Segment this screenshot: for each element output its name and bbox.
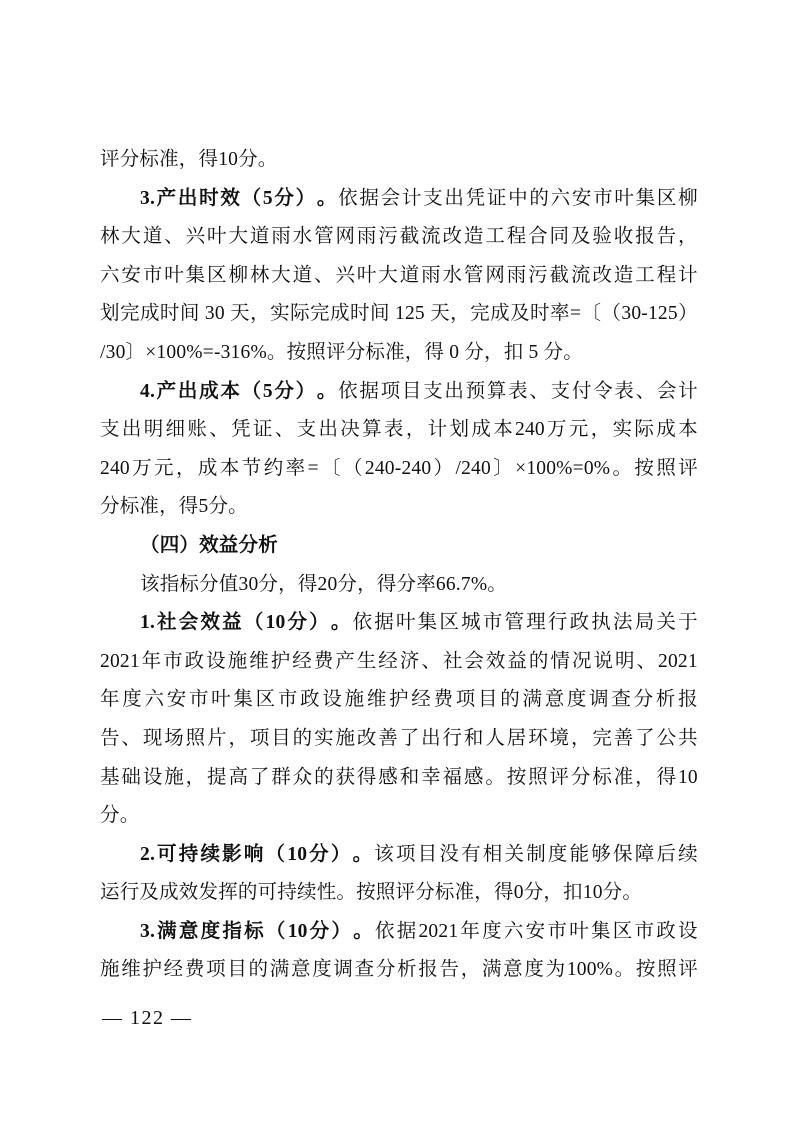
- text-run: 叶: [614, 180, 634, 219]
- text-run: 凭: [231, 411, 251, 450]
- text-run: 会: [464, 643, 484, 682]
- bold-lead-run: 度: [201, 913, 221, 952]
- text-run: 成: [198, 450, 218, 489]
- text-run: 共: [678, 720, 698, 759]
- text-run: 流: [421, 218, 441, 257]
- text-run: 善: [378, 720, 398, 759]
- document-body: 评分标准，得10分。3.产出时效（5分）。依据会计支出凭证中的六安市叶集区柳林大…: [100, 141, 698, 990]
- bold-lead-run: （四）效益分析: [140, 535, 278, 556]
- text-run: 于: [678, 604, 698, 643]
- text-run: 项: [456, 681, 476, 720]
- text-run: 流: [571, 257, 591, 296]
- bold-lead-run: 2.: [140, 836, 155, 875]
- text-run: 众: [293, 759, 313, 798]
- text-run: 市: [189, 681, 209, 720]
- text-run: 安: [526, 913, 546, 952]
- text-run: 社: [443, 643, 463, 682]
- text-run: 集: [233, 681, 253, 720]
- text-run: 项: [206, 951, 226, 990]
- text-run: 算: [487, 373, 507, 412]
- text-run: 按: [507, 759, 527, 798]
- text-run: 。: [485, 759, 505, 798]
- bold-lead-run: 产: [157, 180, 177, 219]
- text-run: 会: [381, 180, 401, 219]
- text-run: 行: [443, 720, 463, 759]
- text-run: 集: [591, 913, 611, 952]
- text-run: 支: [297, 411, 317, 450]
- bold-lead-run: 产: [157, 373, 177, 412]
- text-run: 时: [350, 295, 370, 334]
- text-run: 算: [362, 411, 382, 450]
- text-run: 支: [423, 373, 443, 412]
- text-run: 证: [253, 411, 273, 450]
- text-run: ×100%=0%: [515, 450, 610, 489]
- text-run: 会: [657, 373, 677, 412]
- bold-lead-run: ）: [331, 836, 351, 875]
- text-run: 柳: [228, 257, 248, 296]
- text-run: 保: [613, 836, 633, 875]
- text-run: 区: [439, 604, 459, 643]
- text-run: 目: [418, 836, 438, 875]
- text-run: 表: [508, 373, 528, 412]
- text-run: 2021: [418, 913, 458, 952]
- text-run: 时: [160, 295, 180, 334]
- text-run: 同: [550, 218, 570, 257]
- text-run: /240: [455, 450, 490, 489]
- text-run: 维: [121, 951, 141, 990]
- bold-lead-run: ）: [331, 913, 351, 952]
- text-run: 叶: [396, 604, 416, 643]
- text-run: 分: [376, 951, 396, 990]
- text-run: 凭: [466, 180, 486, 219]
- text-run: 善: [614, 720, 634, 759]
- text-run: 运行及成效发挥的可持续性。按照评分标准，得0分，扣10分。: [100, 882, 642, 903]
- text-run: 、: [164, 218, 184, 257]
- text-run: 本: [220, 450, 240, 489]
- bold-lead-run: （: [244, 604, 264, 643]
- text-run: 高: [228, 759, 248, 798]
- bold-lead-run: 。: [331, 604, 351, 643]
- text-line: /30〕×100%=-316%。按照评分标准，得 0 分，扣 5 分。: [100, 334, 698, 373]
- text-run: 够: [591, 836, 611, 875]
- text-run: 安: [572, 180, 592, 219]
- text-run: 合: [528, 218, 548, 257]
- text-run: 水: [293, 218, 313, 257]
- text-line: 六安市叶集区柳林大道、兴叶大道雨水管网雨污截流改造工程计: [100, 257, 698, 296]
- text-run: 报: [635, 218, 655, 257]
- text-run: 、: [421, 643, 441, 682]
- text-run: 叶: [207, 218, 227, 257]
- text-run: 项: [250, 720, 270, 759]
- bold-lead-run: 分: [287, 604, 307, 643]
- text-run: 出: [122, 411, 142, 450]
- text-run: 区: [613, 913, 633, 952]
- text-run: 城: [461, 604, 481, 643]
- text-run: 行: [548, 604, 568, 643]
- text-run: 的: [293, 720, 313, 759]
- bold-lead-run: （: [266, 836, 286, 875]
- text-run: 出: [318, 411, 338, 450]
- bold-lead-run: 会: [179, 604, 199, 643]
- bold-lead-run: 效: [220, 180, 240, 219]
- text-run: 了: [635, 720, 655, 759]
- text-run: 感: [464, 759, 484, 798]
- text-run: 、: [209, 411, 229, 450]
- bold-lead-run: 分: [274, 180, 294, 219]
- text-run: 设: [322, 681, 342, 720]
- text-run: 查: [355, 951, 375, 990]
- text-run: 障: [635, 836, 655, 875]
- bold-lead-run: 3.: [140, 180, 155, 219]
- text-run: 政: [656, 913, 676, 952]
- bold-lead-run: ）: [296, 373, 316, 412]
- text-run: 证: [487, 180, 507, 219]
- text-run: 市: [163, 643, 183, 682]
- text-run: 得: [657, 759, 677, 798]
- bold-lead-run: 满: [157, 913, 177, 952]
- text-run: 、: [636, 373, 656, 412]
- bold-lead-run: 1.: [140, 604, 155, 643]
- text-run: 网: [335, 218, 355, 257]
- text-line: 该指标分值30分，得20分，得分率66.7%。: [100, 566, 698, 605]
- text-run: 计: [428, 411, 448, 450]
- text-run: 满: [482, 951, 502, 990]
- text-run: 标: [592, 759, 612, 798]
- text-run: 设: [143, 759, 163, 798]
- bold-lead-run: 本: [220, 373, 240, 412]
- text-run: 幸: [421, 759, 441, 798]
- bold-lead-run: 续: [200, 836, 220, 875]
- text-run: 意: [545, 681, 565, 720]
- text-run: 出: [421, 720, 441, 759]
- text-run: 分标准，得5分。: [100, 496, 248, 517]
- bold-lead-run: 持: [179, 836, 199, 875]
- bold-lead-run: 。: [317, 373, 337, 412]
- text-run: ，: [461, 951, 481, 990]
- text-run: 据: [359, 373, 379, 412]
- text-run: 间: [180, 295, 200, 334]
- text-run: 告: [440, 951, 460, 990]
- text-run: 安: [121, 257, 141, 296]
- text-run: ，: [678, 218, 698, 257]
- bold-lead-run: （: [242, 373, 262, 412]
- text-run: ，: [635, 759, 655, 798]
- text-run: =: [308, 450, 319, 489]
- text-run: 管: [314, 218, 334, 257]
- text-run: 实: [270, 295, 290, 334]
- text-run: 划: [450, 411, 470, 450]
- text-run: 能: [570, 836, 590, 875]
- text-run: 费: [434, 681, 454, 720]
- text-run: 费: [185, 951, 205, 990]
- text-run: 表: [614, 373, 634, 412]
- text-run: 护: [142, 951, 162, 990]
- text-run: 叶: [569, 913, 589, 952]
- text-run: 截: [400, 218, 420, 257]
- text-run: 兴: [186, 218, 206, 257]
- text-run: 依: [338, 180, 358, 219]
- text-run: 告: [657, 218, 677, 257]
- text-run: 经: [411, 681, 431, 720]
- text-run: 240-240: [365, 450, 431, 489]
- text-line: 年度六安市叶集区市政设施维护经费项目的满意度调查分析报: [100, 681, 698, 720]
- text-run: 大: [271, 257, 291, 296]
- text-run: 完: [470, 295, 490, 334]
- bold-lead-run: 益: [222, 604, 242, 643]
- text-run: 群: [271, 759, 291, 798]
- text-run: 维: [367, 681, 387, 720]
- text-run: =: [570, 295, 581, 334]
- text-run: 依: [353, 604, 373, 643]
- text-run: 〔: [581, 295, 601, 334]
- text-run: 程: [657, 257, 677, 296]
- text-run: 完: [310, 295, 330, 334]
- text-run: 市: [634, 913, 654, 952]
- text-run: 据: [359, 180, 379, 219]
- bold-lead-run: 。: [317, 180, 337, 219]
- text-run: 分。: [100, 805, 139, 826]
- text-run: 水: [443, 257, 463, 296]
- bold-lead-run: ）: [309, 604, 329, 643]
- text-run: 100%: [567, 951, 613, 990]
- text-run: 费: [314, 643, 334, 682]
- text-run: 照: [656, 450, 676, 489]
- text-run: 度: [524, 951, 544, 990]
- bold-lead-run: ）: [296, 180, 316, 219]
- text-run: 评: [678, 450, 698, 489]
- text-run: 人: [485, 720, 505, 759]
- bold-lead-run: 社: [157, 604, 177, 643]
- bold-lead-run: 分: [309, 836, 329, 875]
- text-run: 网: [485, 257, 505, 296]
- text-run: 场: [164, 720, 184, 759]
- text-run: 、: [121, 720, 141, 759]
- text-run: 、: [529, 373, 549, 412]
- text-run: 30-125: [621, 295, 677, 334]
- text-run: 六: [551, 180, 571, 219]
- text-run: 的: [529, 643, 549, 682]
- text-line: 划完成时间 30 天，实际完成时间 125 天，完成及时率=〔（30-125）: [100, 295, 698, 334]
- text-run: 了: [250, 759, 270, 798]
- bold-lead-run: 指: [222, 913, 242, 952]
- text-run: 依: [338, 373, 358, 412]
- text-line: 评分标准，得10分。: [100, 141, 698, 180]
- section-heading: （四）效益分析: [100, 527, 698, 566]
- text-run: 效: [486, 643, 506, 682]
- text-run: 出: [444, 180, 464, 219]
- text-run: 集: [418, 604, 438, 643]
- text-run: 度: [312, 951, 332, 990]
- text-run: 大: [378, 257, 398, 296]
- text-run: 得: [357, 759, 377, 798]
- text-run: 续: [678, 836, 698, 875]
- text-run: 兴: [335, 257, 355, 296]
- text-run: 支: [551, 373, 571, 412]
- text-run: 法: [613, 604, 633, 643]
- text-run: 市: [547, 913, 567, 952]
- text-run: 目: [402, 373, 422, 412]
- text-run: 提: [207, 759, 227, 798]
- text-line: 1.社会效益（10分）。依据叶集区城市管理行政执法局关于: [100, 604, 698, 643]
- text-run: 感: [378, 759, 398, 798]
- text-run: 没: [439, 836, 459, 875]
- text-run: 市: [483, 604, 503, 643]
- bold-lead-run: 10: [288, 913, 308, 952]
- bold-lead-run: 10: [266, 604, 286, 643]
- text-run: 经: [164, 951, 184, 990]
- text-run: 和: [464, 720, 484, 759]
- text-line: 支出明细账、凭证、支出决算表，计划成本240万元，实际成本: [100, 411, 698, 450]
- text-run: 益: [507, 643, 527, 682]
- text-run: 按: [634, 450, 654, 489]
- text-run: 说: [593, 643, 613, 682]
- text-run: 政: [570, 604, 590, 643]
- text-run: 率: [286, 450, 306, 489]
- text-run: 境: [550, 720, 570, 759]
- text-line: 运行及成效发挥的可持续性。按照评分标准，得0分，扣10分。: [100, 874, 698, 913]
- text-run: 天: [430, 295, 450, 334]
- text-run: 分: [634, 681, 654, 720]
- text-run: 30: [200, 295, 230, 334]
- bold-lead-run: 出: [178, 373, 198, 412]
- text-run: 元: [569, 411, 589, 450]
- text-run: ）: [678, 295, 698, 334]
- text-run: 相: [483, 836, 503, 875]
- text-run: 局: [635, 604, 655, 643]
- text-run: 大: [228, 218, 248, 257]
- text-run: 实: [613, 411, 633, 450]
- text-run: （: [601, 295, 621, 334]
- text-run: 政: [300, 681, 320, 720]
- text-run: 维: [249, 643, 269, 682]
- text-run: 评: [678, 951, 698, 990]
- text-run: 造: [464, 218, 484, 257]
- text-run: 查: [611, 681, 631, 720]
- text-run: 该: [374, 836, 394, 875]
- text-line: 4.产出成本（5分）。依据项目支出预算表、支付令表、会计: [100, 373, 698, 412]
- text-run: 及: [571, 218, 591, 257]
- text-run: 施: [100, 951, 120, 990]
- bold-lead-run: 响: [244, 836, 264, 875]
- text-run: 情: [550, 643, 570, 682]
- text-run: 预: [466, 373, 486, 412]
- text-run: 工: [635, 257, 655, 296]
- text-run: 市: [593, 180, 613, 219]
- text-run: 林: [250, 257, 270, 296]
- bold-lead-run: 可: [157, 836, 177, 875]
- text-run: 关: [504, 836, 524, 875]
- text-run: 成: [471, 411, 491, 450]
- text-run: 关: [656, 604, 676, 643]
- text-run: 成: [490, 295, 510, 334]
- text-run: 照: [657, 951, 677, 990]
- text-run: 按: [636, 951, 656, 990]
- text-run: 。: [612, 450, 632, 489]
- text-run: 支: [423, 180, 443, 219]
- text-run: 区: [207, 257, 227, 296]
- text-line: 分标准，得5分。: [100, 488, 698, 527]
- text-run: 政: [185, 643, 205, 682]
- text-line: 施维护经费项目的满意度调查分析报告，满意度为100%。按照评: [100, 951, 698, 990]
- text-run: 中: [508, 180, 528, 219]
- text-run: 目: [478, 681, 498, 720]
- text-run: 污: [528, 257, 548, 296]
- text-run: 后: [656, 836, 676, 875]
- text-line: 林大道、兴叶大道雨水管网雨污截流改造工程合同及验收报告，: [100, 218, 698, 257]
- text-run: 、: [314, 257, 334, 296]
- text-run: 目: [271, 720, 291, 759]
- text-run: 道: [400, 257, 420, 296]
- text-run: ，: [250, 295, 270, 334]
- text-run: 际: [634, 411, 654, 450]
- bold-lead-run: 5: [263, 373, 273, 412]
- bold-lead-run: 分: [274, 373, 294, 412]
- text-run: 理: [526, 604, 546, 643]
- text-run: 间: [370, 295, 390, 334]
- bold-lead-run: 出: [178, 180, 198, 219]
- text-line: 分。: [100, 797, 698, 836]
- text-run: 六: [504, 913, 524, 952]
- text-run: 照: [186, 720, 206, 759]
- text-run: 际: [290, 295, 310, 334]
- text-run: 成: [656, 411, 676, 450]
- text-run: 安: [167, 681, 187, 720]
- text-run: 调: [589, 681, 609, 720]
- document-page: 评分标准，得10分。3.产出时效（5分）。依据会计支出凭证中的六安市叶集区柳林大…: [0, 0, 793, 1122]
- text-run: 收: [614, 218, 634, 257]
- text-run: 施: [345, 681, 365, 720]
- text-run: 完: [592, 720, 612, 759]
- bold-lead-run: 分: [310, 913, 330, 952]
- text-line: 2021年市政设施维护经费产生经济、社会效益的情况说明、2021: [100, 643, 698, 682]
- text-run: 叶: [357, 257, 377, 296]
- text-run: 六: [144, 681, 164, 720]
- text-run: 满: [270, 951, 290, 990]
- text-run: 设: [678, 913, 698, 952]
- text-run: 本: [678, 411, 698, 450]
- text-run: 雨: [421, 257, 441, 296]
- text-run: 造: [614, 257, 634, 296]
- text-run: 分: [571, 759, 591, 798]
- text-run: 天: [230, 295, 250, 334]
- text-run: 施: [164, 759, 184, 798]
- text-run: 制: [526, 836, 546, 875]
- text-run: 该指标分值30分，得20分，得分率66.7%。: [140, 574, 507, 595]
- text-run: 约: [264, 450, 284, 489]
- text-run: 计: [678, 257, 698, 296]
- text-run: 划: [100, 295, 120, 334]
- text-run: 柳: [678, 180, 698, 219]
- text-run: 令: [593, 373, 613, 412]
- text-run: 叶: [164, 257, 184, 296]
- text-run: 集: [636, 180, 656, 219]
- text-run: 万: [132, 450, 152, 489]
- text-run: 验: [592, 218, 612, 257]
- text-run: 报: [678, 681, 698, 720]
- text-run: ，: [176, 450, 196, 489]
- text-line: 240万元，成本节约率=〔（240-240）/240〕×100%=0%。按照评: [100, 450, 698, 489]
- text-run: （: [343, 450, 363, 489]
- text-run: 出: [444, 373, 464, 412]
- text-run: 截: [550, 257, 570, 296]
- bold-lead-run: 5: [263, 180, 273, 219]
- text-run: 施: [228, 643, 248, 682]
- text-run: 年: [460, 913, 480, 952]
- text-run: 大: [121, 218, 141, 257]
- text-run: 照: [528, 759, 548, 798]
- text-run: 节: [242, 450, 262, 489]
- text-run: 依: [375, 913, 395, 952]
